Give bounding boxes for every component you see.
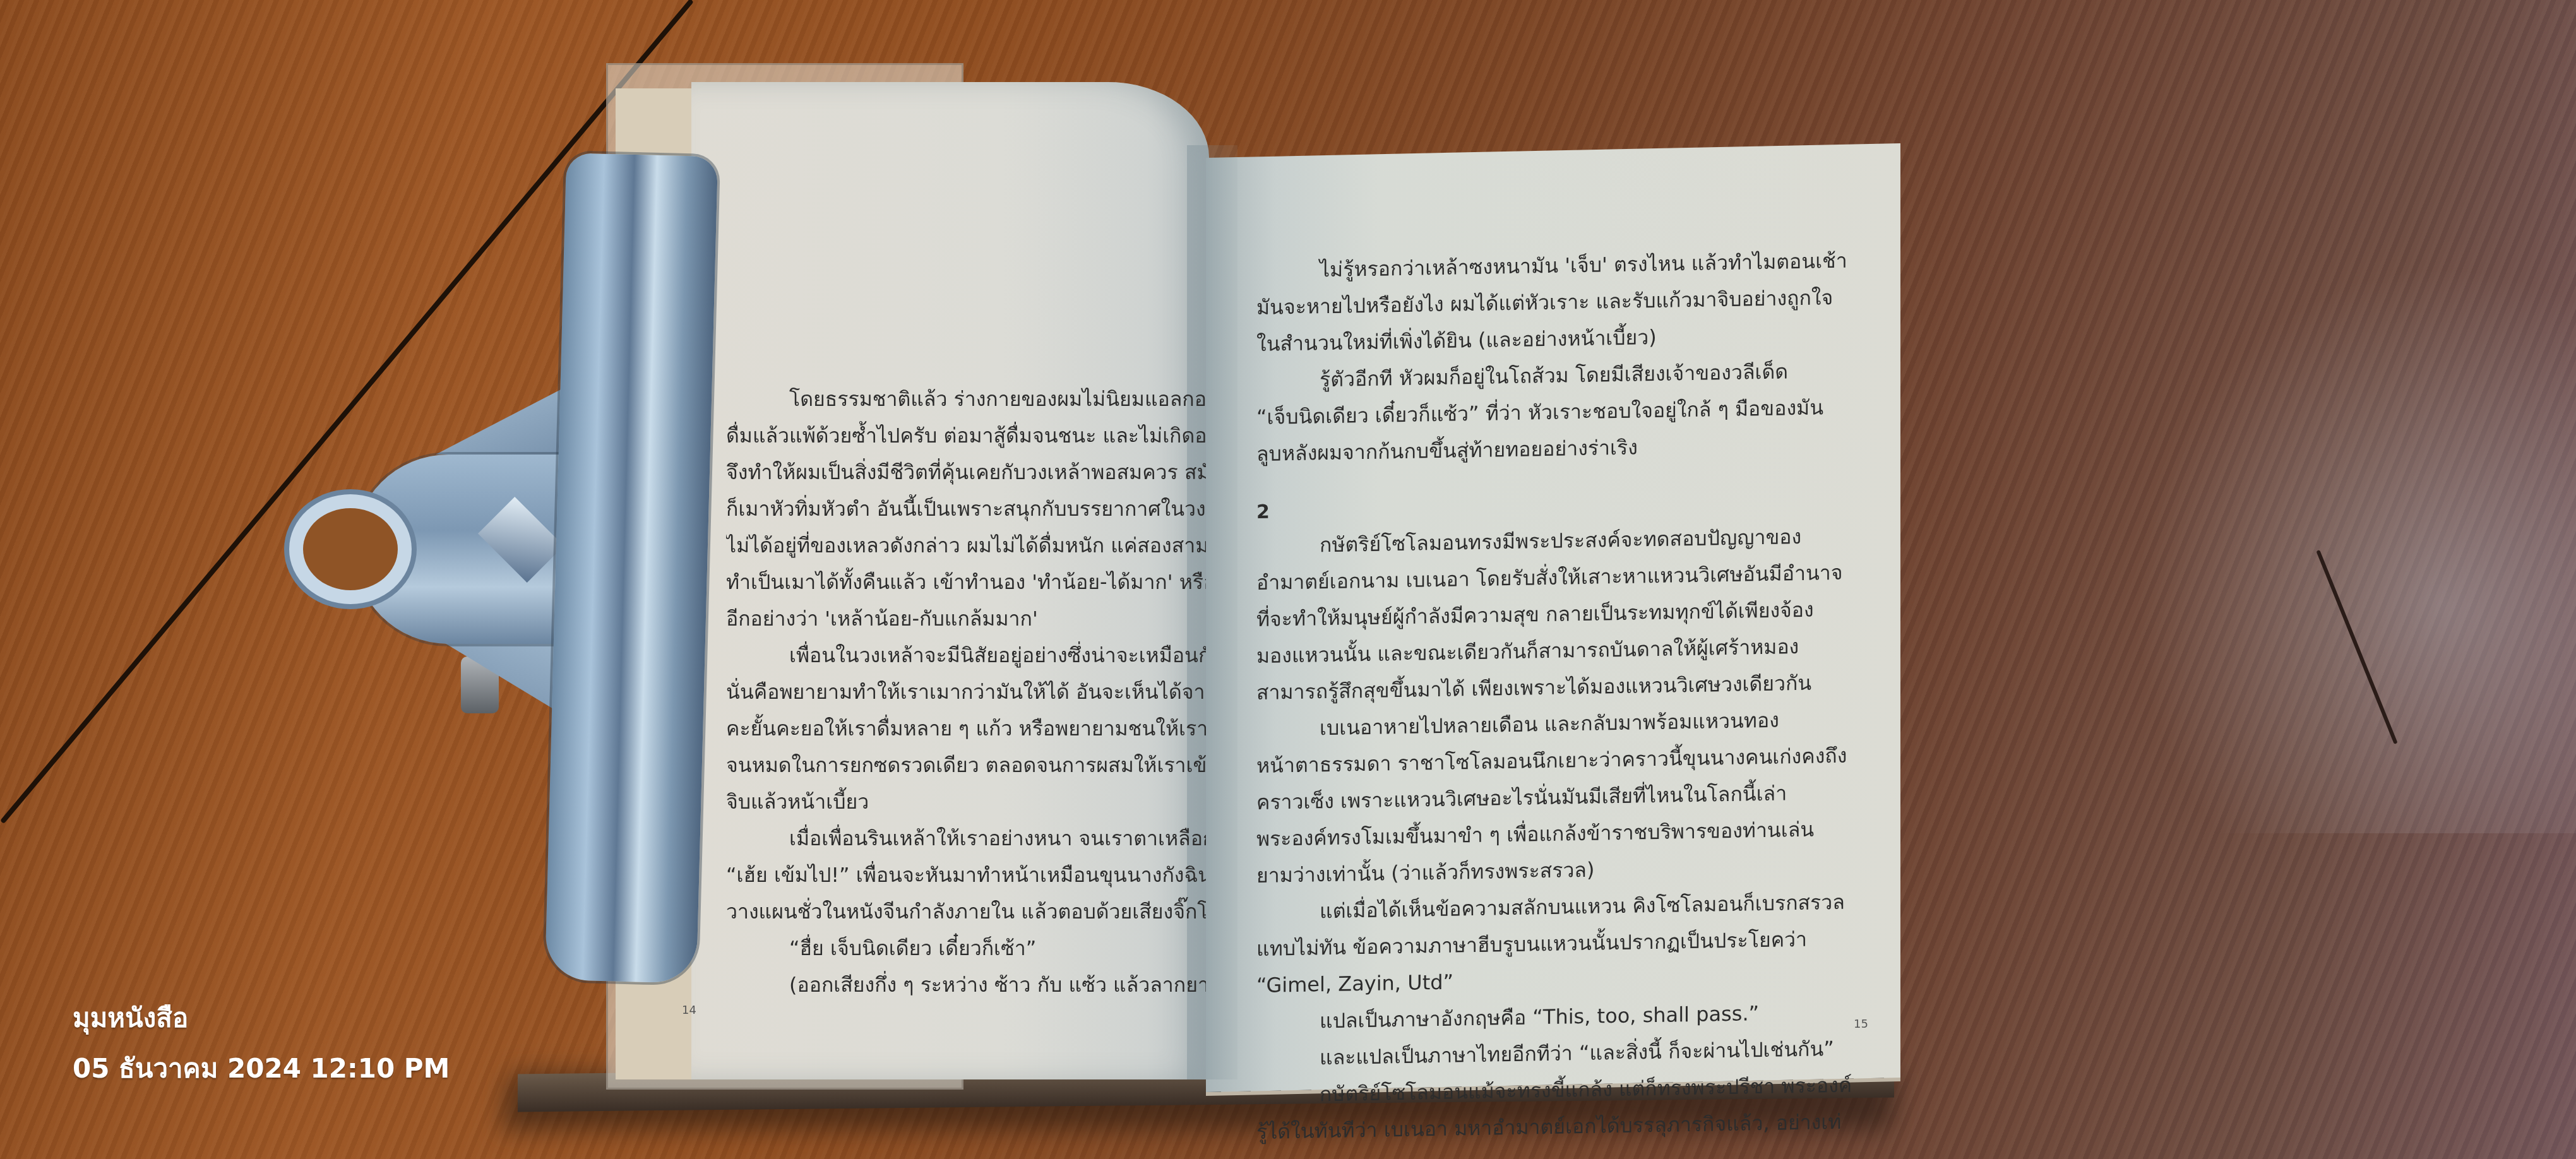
page-number-left: 14 <box>682 1004 696 1017</box>
page-number-right: 15 <box>1854 1018 1868 1031</box>
text-line: “เฮ้ย เข้มไป!” เพื่อนจะหันมาทำหน้าเหมือน… <box>726 857 1206 893</box>
table-light-reflection <box>2134 265 2576 833</box>
text-line: เมื่อเพื่อนรินเหล้าให้เราอย่างหนา จนเราต… <box>726 820 1206 857</box>
text-line: จึงทำให้ผมเป็นสิ่งมีชีวิตที่คุ้นเคยกับวง… <box>726 454 1206 490</box>
text-line: โดยธรรมชาติแล้ว ร่างกายของผมไม่นิยมแอลกอ… <box>726 382 1206 417</box>
text-line: นั่นคือพยายามทำให้เราเมากว่ามันให้ได้ อั… <box>726 674 1206 710</box>
text-line: ก็เมาหัวทิ่มหัวตำ อันนี้เป็นเพราะสนุกกับ… <box>726 490 1206 527</box>
left-page-text: 1 โดยธรรมชาติแล้ว ร่างกายของผมไม่นิยมแอล… <box>726 382 1206 1003</box>
text-line: อีกอย่างว่า 'เหล้าน้อย-กับแกล้มมาก' <box>726 600 1206 637</box>
right-page-text: ไม่รู้หรอกว่าเหล้าซงหนามัน 'เจ็บ' ตรงไหน… <box>1256 242 1888 1150</box>
text-line: (ออกเสียงกึ่ง ๆ ระหว่าง ซ้าว กับ แซ้ว แล… <box>726 966 1206 1003</box>
text-line: ทำเป็นเมาได้ทั้งคืนแล้ว เข้าทำนอง 'ทำน้อ… <box>726 564 1206 600</box>
text-line: จิบแล้วหน้าเบี้ยว <box>726 783 1206 820</box>
watermark-title: มุมหนังสือ <box>73 997 188 1039</box>
text-line: ดื่มแล้วแพ้ด้วยซ้ำไปครับ ต่อมาสู้ดื่มจนช… <box>726 417 1206 454</box>
text-line: เพื่อนในวงเหล้าจะมีนิสัยอยู่อย่างซึ่งน่า… <box>726 637 1206 674</box>
text-line: ไม่ได้อยู่ที่ของเหลวดังกล่าว ผมไม่ได้ดื่… <box>726 527 1206 564</box>
text-line: จนหมดในการยกซดรวดเดียว ตลอดจนการผสมให้เร… <box>726 747 1206 783</box>
text-line: วางแผนชั่วในหนังจีนกำลังภายใน แล้วตอบด้ว… <box>726 893 1206 930</box>
text-line: คะยั้นคะยอให้เราดื่มหลาย ๆ แก้ว หรือพยาย… <box>726 710 1206 747</box>
clip-hanging-hole-icon <box>303 508 398 590</box>
watermark-datetime: 05 ธันวาคม 2024 12:10 PM <box>73 1048 450 1090</box>
text-line: “ฮื่ย เจ็บนิดเดียว เดี๋ยวก็เซ้า” <box>726 930 1206 966</box>
clip-jaw-bar <box>545 153 718 984</box>
